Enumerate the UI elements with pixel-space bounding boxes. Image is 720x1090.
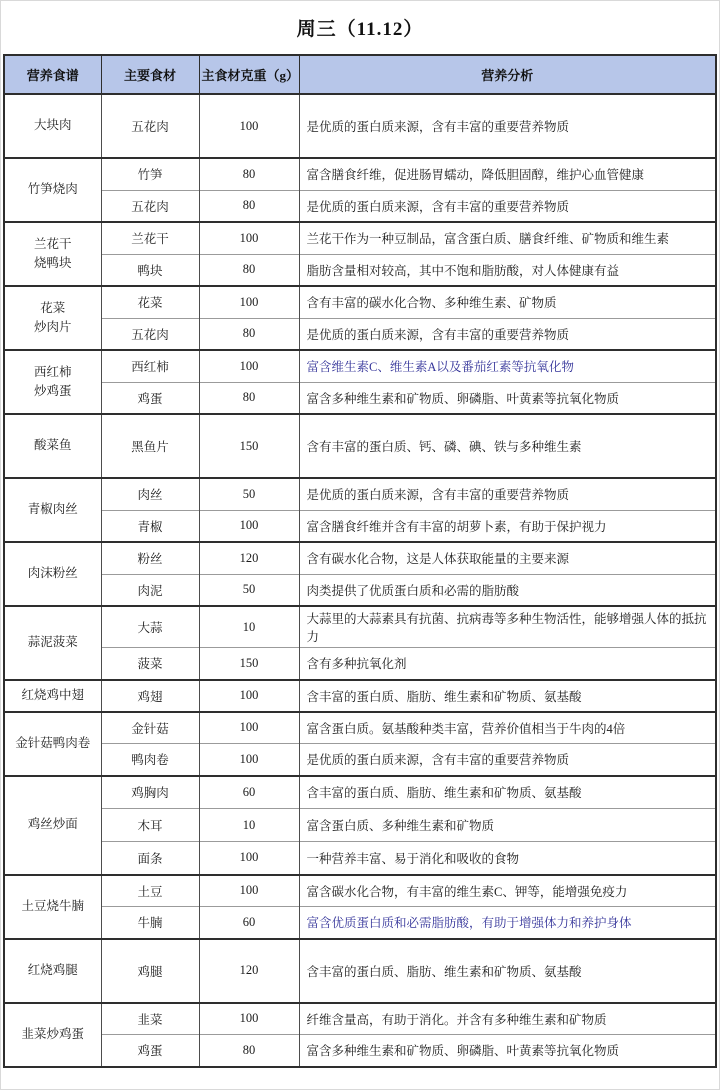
analysis-cell: 一种营养丰富、易于消化和吸收的食物 [299,842,716,875]
ingredient-cell: 金针菇 [101,712,199,744]
ingredient-cell: 土豆 [101,875,199,907]
table-row: 鸡蛋80富含多种维生素和矿物质、卵磷脂、叶黄素等抗氧化物质 [4,1035,716,1067]
weight-cell: 100 [199,875,299,907]
ingredient-cell: 西红柿 [101,350,199,382]
col-header-weight: 主食材克重（g） [199,55,299,94]
recipe-cell: 酸菜鱼 [4,414,101,478]
weight-cell: 100 [199,712,299,744]
ingredient-cell: 五花肉 [101,190,199,222]
table-row: 红烧鸡中翅鸡翅100含丰富的蛋白质、脂肪、维生素和矿物质、氨基酸 [4,680,716,712]
table-row: 韭菜炒鸡蛋韭菜100纤维含量高，有助于消化。并含有多种维生素和矿物质 [4,1003,716,1035]
recipe-cell: 金针菇鸭肉卷 [4,712,101,776]
ingredient-cell: 鸭块 [101,254,199,286]
analysis-cell: 富含蛋白质、多种维生素和矿物质 [299,809,716,842]
ingredient-cell: 鸡蛋 [101,382,199,414]
recipe-cell: 蒜泥菠菜 [4,606,101,680]
recipe-cell: 土豆烧牛腩 [4,875,101,939]
table-row: 肉沫粉丝粉丝120含有碳水化合物，这是人体获取能量的主要来源 [4,542,716,574]
recipe-cell: 竹笋烧肉 [4,158,101,222]
menu-page: 周三（11.12） 营养食谱 主要食材 主食材克重（g） 营养分析 大块肉五花肉… [1,14,719,1068]
weight-cell: 100 [199,350,299,382]
analysis-cell: 脂肪含量相对较高，其中不饱和脂肪酸，对人体健康有益 [299,254,716,286]
recipe-cell: 鸡丝炒面 [4,776,101,875]
table-row: 牛腩60富含优质蛋白质和必需脂肪酸，有助于增强体力和养护身体 [4,907,716,939]
weight-cell: 100 [199,842,299,875]
weight-cell: 100 [199,94,299,158]
recipe-cell: 红烧鸡腿 [4,939,101,1003]
ingredient-cell: 鸡翅 [101,680,199,712]
analysis-cell: 富含多种维生素和矿物质、卵磷脂、叶黄素等抗氧化物质 [299,382,716,414]
analysis-cell: 纤维含量高，有助于消化。并含有多种维生素和矿物质 [299,1003,716,1035]
weight-cell: 10 [199,606,299,648]
ingredient-cell: 菠菜 [101,648,199,680]
analysis-cell: 是优质的蛋白质来源，含有丰富的重要营养物质 [299,744,716,776]
table-row: 青椒100富含膳食纤维并含有丰富的胡萝卜素，有助于保护视力 [4,510,716,542]
weight-cell: 60 [199,776,299,809]
weight-cell: 80 [199,382,299,414]
table-row: 蒜泥菠菜大蒜10大蒜里的大蒜素具有抗菌、抗病毒等多种生物活性，能够增强人体的抵抗… [4,606,716,648]
ingredient-cell: 鸡腿 [101,939,199,1003]
weight-cell: 100 [199,222,299,254]
analysis-cell: 是优质的蛋白质来源，含有丰富的重要营养物质 [299,478,716,510]
analysis-cell: 含丰富的蛋白质、脂肪、维生素和矿物质、氨基酸 [299,939,716,1003]
table-row: 土豆烧牛腩土豆100富含碳水化合物，有丰富的维生素C、钾等，能增强免疫力 [4,875,716,907]
analysis-cell: 富含蛋白质。氨基酸种类丰富，营养价值相当于牛肉的4倍 [299,712,716,744]
weight-cell: 150 [199,648,299,680]
ingredient-cell: 肉泥 [101,574,199,606]
weight-cell: 100 [199,680,299,712]
recipe-cell: 韭菜炒鸡蛋 [4,1003,101,1067]
table-row: 竹笋烧肉竹笋80富含膳食纤维，促进肠胃蠕动，降低胆固醇，维护心血管健康 [4,158,716,190]
analysis-cell: 富含多种维生素和矿物质、卵磷脂、叶黄素等抗氧化物质 [299,1035,716,1067]
table-row: 鸭块80脂肪含量相对较高，其中不饱和脂肪酸，对人体健康有益 [4,254,716,286]
weight-cell: 10 [199,809,299,842]
col-header-recipe: 营养食谱 [4,55,101,94]
ingredient-cell: 韭菜 [101,1003,199,1035]
analysis-cell: 是优质的蛋白质来源，含有丰富的重要营养物质 [299,318,716,350]
analysis-cell: 富含优质蛋白质和必需脂肪酸，有助于增强体力和养护身体 [299,907,716,939]
table-row: 西红柿 炒鸡蛋西红柿100富含维生素C、维生素A以及番茄红素等抗氧化物 [4,350,716,382]
analysis-cell: 含丰富的蛋白质、脂肪、维生素和矿物质、氨基酸 [299,776,716,809]
ingredient-cell: 五花肉 [101,94,199,158]
analysis-cell: 含丰富的蛋白质、脂肪、维生素和矿物质、氨基酸 [299,680,716,712]
weight-cell: 100 [199,286,299,318]
ingredient-cell: 花菜 [101,286,199,318]
table-row: 兰花干 烧鸭块兰花干100兰花干作为一种豆制品，富含蛋白质、膳食纤维、矿物质和维… [4,222,716,254]
analysis-cell: 含有丰富的碳水化合物、多种维生素、矿物质 [299,286,716,318]
analysis-cell: 富含膳食纤维，促进肠胃蠕动，降低胆固醇，维护心血管健康 [299,158,716,190]
analysis-cell: 富含维生素C、维生素A以及番茄红素等抗氧化物 [299,350,716,382]
weight-cell: 80 [199,190,299,222]
table-row: 五花肉80是优质的蛋白质来源，含有丰富的重要营养物质 [4,318,716,350]
recipe-cell: 大块肉 [4,94,101,158]
table-row: 鸭肉卷100是优质的蛋白质来源，含有丰富的重要营养物质 [4,744,716,776]
weight-cell: 50 [199,478,299,510]
analysis-cell: 富含膳食纤维并含有丰富的胡萝卜素，有助于保护视力 [299,510,716,542]
table-row: 菠菜150含有多种抗氧化剂 [4,648,716,680]
analysis-cell: 含有多种抗氧化剂 [299,648,716,680]
recipe-cell: 兰花干 烧鸭块 [4,222,101,286]
ingredient-cell: 牛腩 [101,907,199,939]
table-row: 木耳10富含蛋白质、多种维生素和矿物质 [4,809,716,842]
table-row: 金针菇鸭肉卷金针菇100富含蛋白质。氨基酸种类丰富，营养价值相当于牛肉的4倍 [4,712,716,744]
recipe-cell: 花菜 炒肉片 [4,286,101,350]
table-row: 花菜 炒肉片花菜100含有丰富的碳水化合物、多种维生素、矿物质 [4,286,716,318]
table-row: 酸菜鱼黑鱼片150含有丰富的蛋白质、钙、磷、碘、铁与多种维生素 [4,414,716,478]
table-row: 大块肉五花肉100是优质的蛋白质来源，含有丰富的重要营养物质 [4,94,716,158]
col-header-analysis: 营养分析 [299,55,716,94]
recipe-cell: 青椒肉丝 [4,478,101,542]
ingredient-cell: 肉丝 [101,478,199,510]
table-row: 肉泥50肉类提供了优质蛋白质和必需的脂肪酸 [4,574,716,606]
analysis-cell: 是优质的蛋白质来源，含有丰富的重要营养物质 [299,94,716,158]
analysis-cell: 兰花干作为一种豆制品，富含蛋白质、膳食纤维、矿物质和维生素 [299,222,716,254]
weight-cell: 60 [199,907,299,939]
weight-cell: 80 [199,1035,299,1067]
table-row: 红烧鸡腿鸡腿120含丰富的蛋白质、脂肪、维生素和矿物质、氨基酸 [4,939,716,1003]
header-row: 营养食谱 主要食材 主食材克重（g） 营养分析 [4,55,716,94]
ingredient-cell: 五花肉 [101,318,199,350]
analysis-cell: 含有丰富的蛋白质、钙、磷、碘、铁与多种维生素 [299,414,716,478]
ingredient-cell: 黑鱼片 [101,414,199,478]
table-body: 大块肉五花肉100是优质的蛋白质来源，含有丰富的重要营养物质竹笋烧肉竹笋80富含… [4,94,716,1067]
ingredient-cell: 鸭肉卷 [101,744,199,776]
weight-cell: 80 [199,254,299,286]
ingredient-cell: 粉丝 [101,542,199,574]
weight-cell: 120 [199,939,299,1003]
table-header: 营养食谱 主要食材 主食材克重（g） 营养分析 [4,55,716,94]
analysis-cell: 大蒜里的大蒜素具有抗菌、抗病毒等多种生物活性，能够增强人体的抵抗力 [299,606,716,648]
weight-cell: 80 [199,318,299,350]
ingredient-cell: 大蒜 [101,606,199,648]
table-row: 青椒肉丝肉丝50是优质的蛋白质来源，含有丰富的重要营养物质 [4,478,716,510]
weight-cell: 100 [199,510,299,542]
analysis-cell: 富含碳水化合物，有丰富的维生素C、钾等，能增强免疫力 [299,875,716,907]
col-header-ingredient: 主要食材 [101,55,199,94]
table-row: 鸡蛋80富含多种维生素和矿物质、卵磷脂、叶黄素等抗氧化物质 [4,382,716,414]
weight-cell: 100 [199,744,299,776]
ingredient-cell: 青椒 [101,510,199,542]
page-title: 周三（11.12） [1,14,719,41]
weight-cell: 80 [199,158,299,190]
ingredient-cell: 鸡胸肉 [101,776,199,809]
recipe-cell: 红烧鸡中翅 [4,680,101,712]
weight-cell: 120 [199,542,299,574]
ingredient-cell: 竹笋 [101,158,199,190]
table-row: 面条100一种营养丰富、易于消化和吸收的食物 [4,842,716,875]
recipe-cell: 肉沫粉丝 [4,542,101,606]
analysis-cell: 含有碳水化合物，这是人体获取能量的主要来源 [299,542,716,574]
ingredient-cell: 面条 [101,842,199,875]
analysis-cell: 肉类提供了优质蛋白质和必需的脂肪酸 [299,574,716,606]
weight-cell: 150 [199,414,299,478]
ingredient-cell: 木耳 [101,809,199,842]
nutrition-table: 营养食谱 主要食材 主食材克重（g） 营养分析 大块肉五花肉100是优质的蛋白质… [3,54,717,1068]
weight-cell: 50 [199,574,299,606]
ingredient-cell: 鸡蛋 [101,1035,199,1067]
weight-cell: 100 [199,1003,299,1035]
analysis-cell: 是优质的蛋白质来源，含有丰富的重要营养物质 [299,190,716,222]
ingredient-cell: 兰花干 [101,222,199,254]
table-row: 鸡丝炒面鸡胸肉60含丰富的蛋白质、脂肪、维生素和矿物质、氨基酸 [4,776,716,809]
recipe-cell: 西红柿 炒鸡蛋 [4,350,101,414]
table-row: 五花肉80是优质的蛋白质来源，含有丰富的重要营养物质 [4,190,716,222]
